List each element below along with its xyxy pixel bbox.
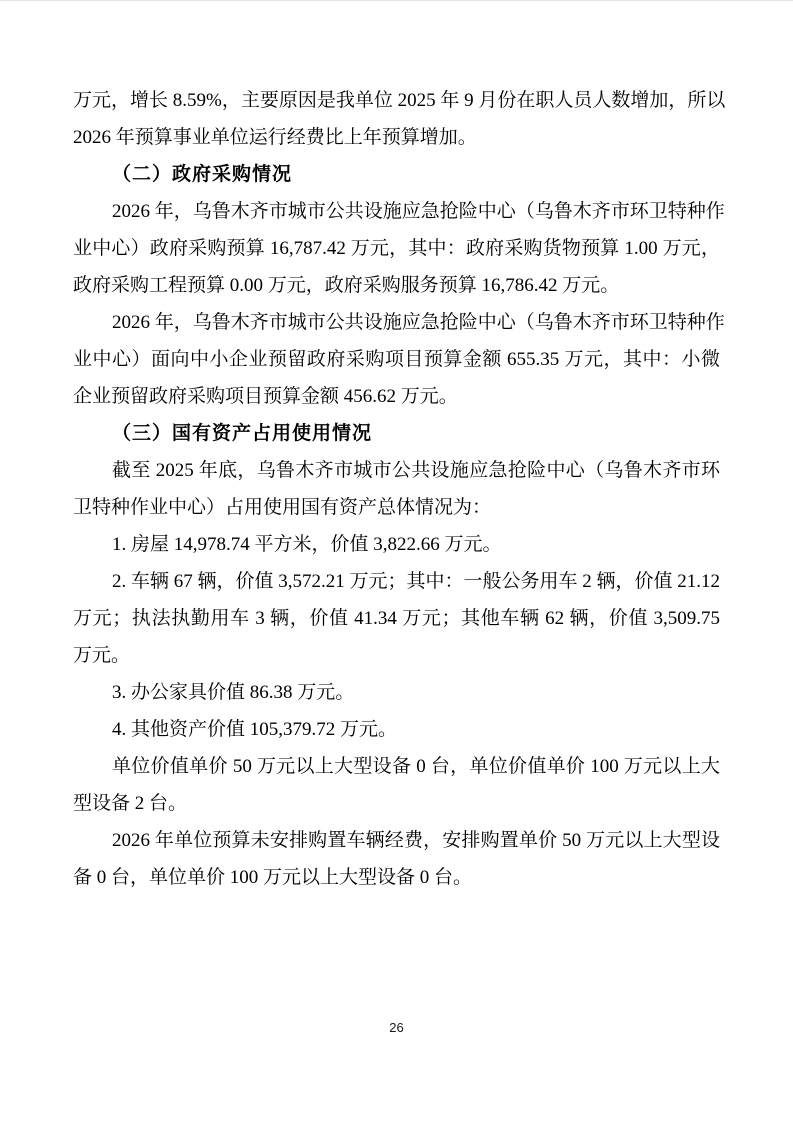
para-2026-purchase-plan: 2026 年单位预算未安排购置车辆经费，安排购置单价 50 万元以上大型设备 0…	[73, 822, 720, 896]
para-large-equipment: 单位价值单价 50 万元以上大型设备 0 台，单位价值单价 100 万元以上大型…	[73, 748, 720, 822]
para-assets-1-housing: 1. 房屋 14,978.74 平方米，价值 3,822.66 万元。	[73, 526, 720, 563]
text-line: 2026 年单位预算未安排购置车辆经费，安排购置单价 50 万元以上大型设	[73, 822, 720, 859]
page-number: 26	[389, 1020, 403, 1035]
document-page: 万元，增长 8.59%，主要原因是我单位 2025 年 9 月份在职人员人数增加…	[0, 0, 793, 1122]
text-line: 政府采购工程预算 0.00 万元，政府采购服务预算 16,786.42 万元。	[73, 267, 720, 304]
document-content: 万元，增长 8.59%，主要原因是我单位 2025 年 9 月份在职人员人数增加…	[73, 82, 720, 896]
text-line: 万元，增长 8.59%，主要原因是我单位 2025 年 9 月份在职人员人数增加…	[73, 82, 720, 119]
text-line: 2026 年，乌鲁木齐市城市公共设施应急抢险中心（乌鲁木齐市环卫特种作	[73, 304, 720, 341]
text-line: 企业预留政府采购项目预算金额 456.62 万元。	[73, 378, 720, 415]
text-line: （二）政府采购情况	[73, 156, 720, 193]
text-line: 3. 办公家具价值 86.38 万元。	[73, 674, 720, 711]
para-assets-4-other: 4. 其他资产价值 105,379.72 万元。	[73, 711, 720, 748]
text-line: 万元；执法执勤用车 3 辆，价值 41.34 万元；其他车辆 62 辆，价值 3…	[73, 600, 720, 637]
text-line: 2. 车辆 67 辆，价值 3,572.21 万元；其中：一般公务用车 2 辆，…	[73, 563, 720, 600]
text-line: 卫特种作业中心）占用使用国有资产总体情况为：	[73, 489, 720, 526]
text-line: 2026 年预算事业单位运行经费比上年预算增加。	[73, 119, 720, 156]
heading-section-3-state-assets: （三）国有资产占用使用情况	[73, 415, 720, 452]
para-procurement-budget: 2026 年，乌鲁木齐市城市公共设施应急抢险中心（乌鲁木齐市环卫特种作业中心）政…	[73, 193, 720, 304]
text-line: 业中心）政府采购预算 16,787.42 万元，其中：政府采购货物预算 1.00…	[73, 230, 720, 267]
para-assets-overview: 截至 2025 年底，乌鲁木齐市城市公共设施应急抢险中心（乌鲁木齐市环卫特种作业…	[73, 452, 720, 526]
text-line: 业中心）面向中小企业预留政府采购项目预算金额 655.35 万元，其中：小微	[73, 341, 720, 378]
text-line: 万元。	[73, 637, 720, 674]
para-assets-3-furniture: 3. 办公家具价值 86.38 万元。	[73, 674, 720, 711]
para-assets-2-vehicles: 2. 车辆 67 辆，价值 3,572.21 万元；其中：一般公务用车 2 辆，…	[73, 563, 720, 674]
para-continued-from-previous-page: 万元，增长 8.59%，主要原因是我单位 2025 年 9 月份在职人员人数增加…	[73, 82, 720, 156]
text-line: （三）国有资产占用使用情况	[73, 415, 720, 452]
text-line: 备 0 台，单位单价 100 万元以上大型设备 0 台。	[73, 859, 720, 896]
text-line: 单位价值单价 50 万元以上大型设备 0 台，单位价值单价 100 万元以上大	[73, 748, 720, 785]
text-line: 截至 2025 年底，乌鲁木齐市城市公共设施应急抢险中心（乌鲁木齐市环	[73, 452, 720, 489]
text-line: 2026 年，乌鲁木齐市城市公共设施应急抢险中心（乌鲁木齐市环卫特种作	[73, 193, 720, 230]
text-line: 型设备 2 台。	[73, 785, 720, 822]
text-line: 4. 其他资产价值 105,379.72 万元。	[73, 711, 720, 748]
heading-section-2-government-procurement: （二）政府采购情况	[73, 156, 720, 193]
page-footer: 26	[0, 1019, 793, 1037]
para-sme-reserved-procurement: 2026 年，乌鲁木齐市城市公共设施应急抢险中心（乌鲁木齐市环卫特种作业中心）面…	[73, 304, 720, 415]
text-line: 1. 房屋 14,978.74 平方米，价值 3,822.66 万元。	[73, 526, 720, 563]
